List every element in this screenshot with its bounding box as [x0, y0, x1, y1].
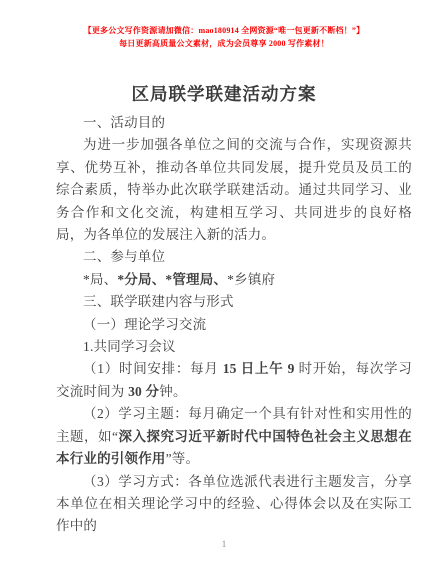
sub-heading-theory-exchange: （一）理论学习交流 [56, 314, 412, 336]
text-run: （一）理论学习交流 [83, 317, 206, 332]
section-heading-2: 二、参与单位 [56, 246, 412, 268]
sub-heading-joint-meeting: 1.共同学习会议 [56, 336, 412, 358]
text-run: （3）学习方式：各单位选派代表进行主题发言，分享本单位在相关理论学习中的经验、心… [56, 474, 412, 534]
document-page: 【更多公文写作资源请加微信：mao180914 全网资源“唯一包更新不断档！”】… [0, 0, 448, 580]
body-paragraph-purpose: 为进一步加强各单位之间的交流与合作，实现资源共享、优势互补，推动各单位共同发展，… [56, 134, 412, 246]
document-body: 一、活动目的为进一步加强各单位之间的交流与合作，实现资源共享、优势互补，推动各单… [56, 112, 412, 538]
text-run: ”等。 [166, 451, 200, 466]
text-run: *局、 [83, 272, 117, 287]
text-run: 15 日上午 9 [223, 361, 295, 376]
ad-banner-line-1: 【更多公文写作资源请加微信：mao180914 全网资源“唯一包更新不断档！”】 [0, 25, 448, 38]
body-paragraph-units: *局、*分局、*管理局、*乡镇府 [56, 269, 412, 291]
section-heading-3: 三、联学联建内容与形式 [56, 291, 412, 313]
text-run: *乡镇府 [227, 272, 275, 287]
text-run: 三、联学联建内容与形式 [83, 294, 234, 309]
text-run: （1）时间安排：每月 [83, 361, 223, 376]
body-paragraph-time: （1）时间安排：每月 15 日上午 9 时开始，每次学习交流时间为 30 分钟。 [56, 358, 412, 403]
document-title: 区局联学联建活动方案 [0, 83, 448, 105]
text-run: *分局、*管理局、 [117, 272, 227, 287]
ad-banner-line-2: 每日更新高质量公文素材，成为会员尊享 2000 写作素材！ [0, 38, 448, 51]
body-paragraph-method: （3）学习方式：各单位选派代表进行主题发言，分享本单位在相关理论学习中的经验、心… [56, 471, 412, 538]
text-run: 二、参与单位 [83, 249, 165, 264]
text-run: 一、活动目的 [83, 115, 165, 130]
ad-banner: 【更多公文写作资源请加微信：mao180914 全网资源“唯一包更新不断档！”】… [0, 0, 448, 50]
section-heading-1: 一、活动目的 [56, 112, 412, 134]
text-run: 为进一步加强各单位之间的交流与合作，实现资源共享、优势互补，推动各单位共同发展，… [56, 137, 412, 242]
text-run: 30 分 [128, 384, 159, 399]
body-paragraph-topic: （2）学习主题：每月确定一个具有针对性和实用性的主题，如“深入探究习近平新时代中… [56, 403, 412, 470]
text-run: 1.共同学习会议 [83, 339, 176, 354]
page-number: 1 [0, 540, 448, 550]
text-run: 钟。 [159, 384, 186, 399]
